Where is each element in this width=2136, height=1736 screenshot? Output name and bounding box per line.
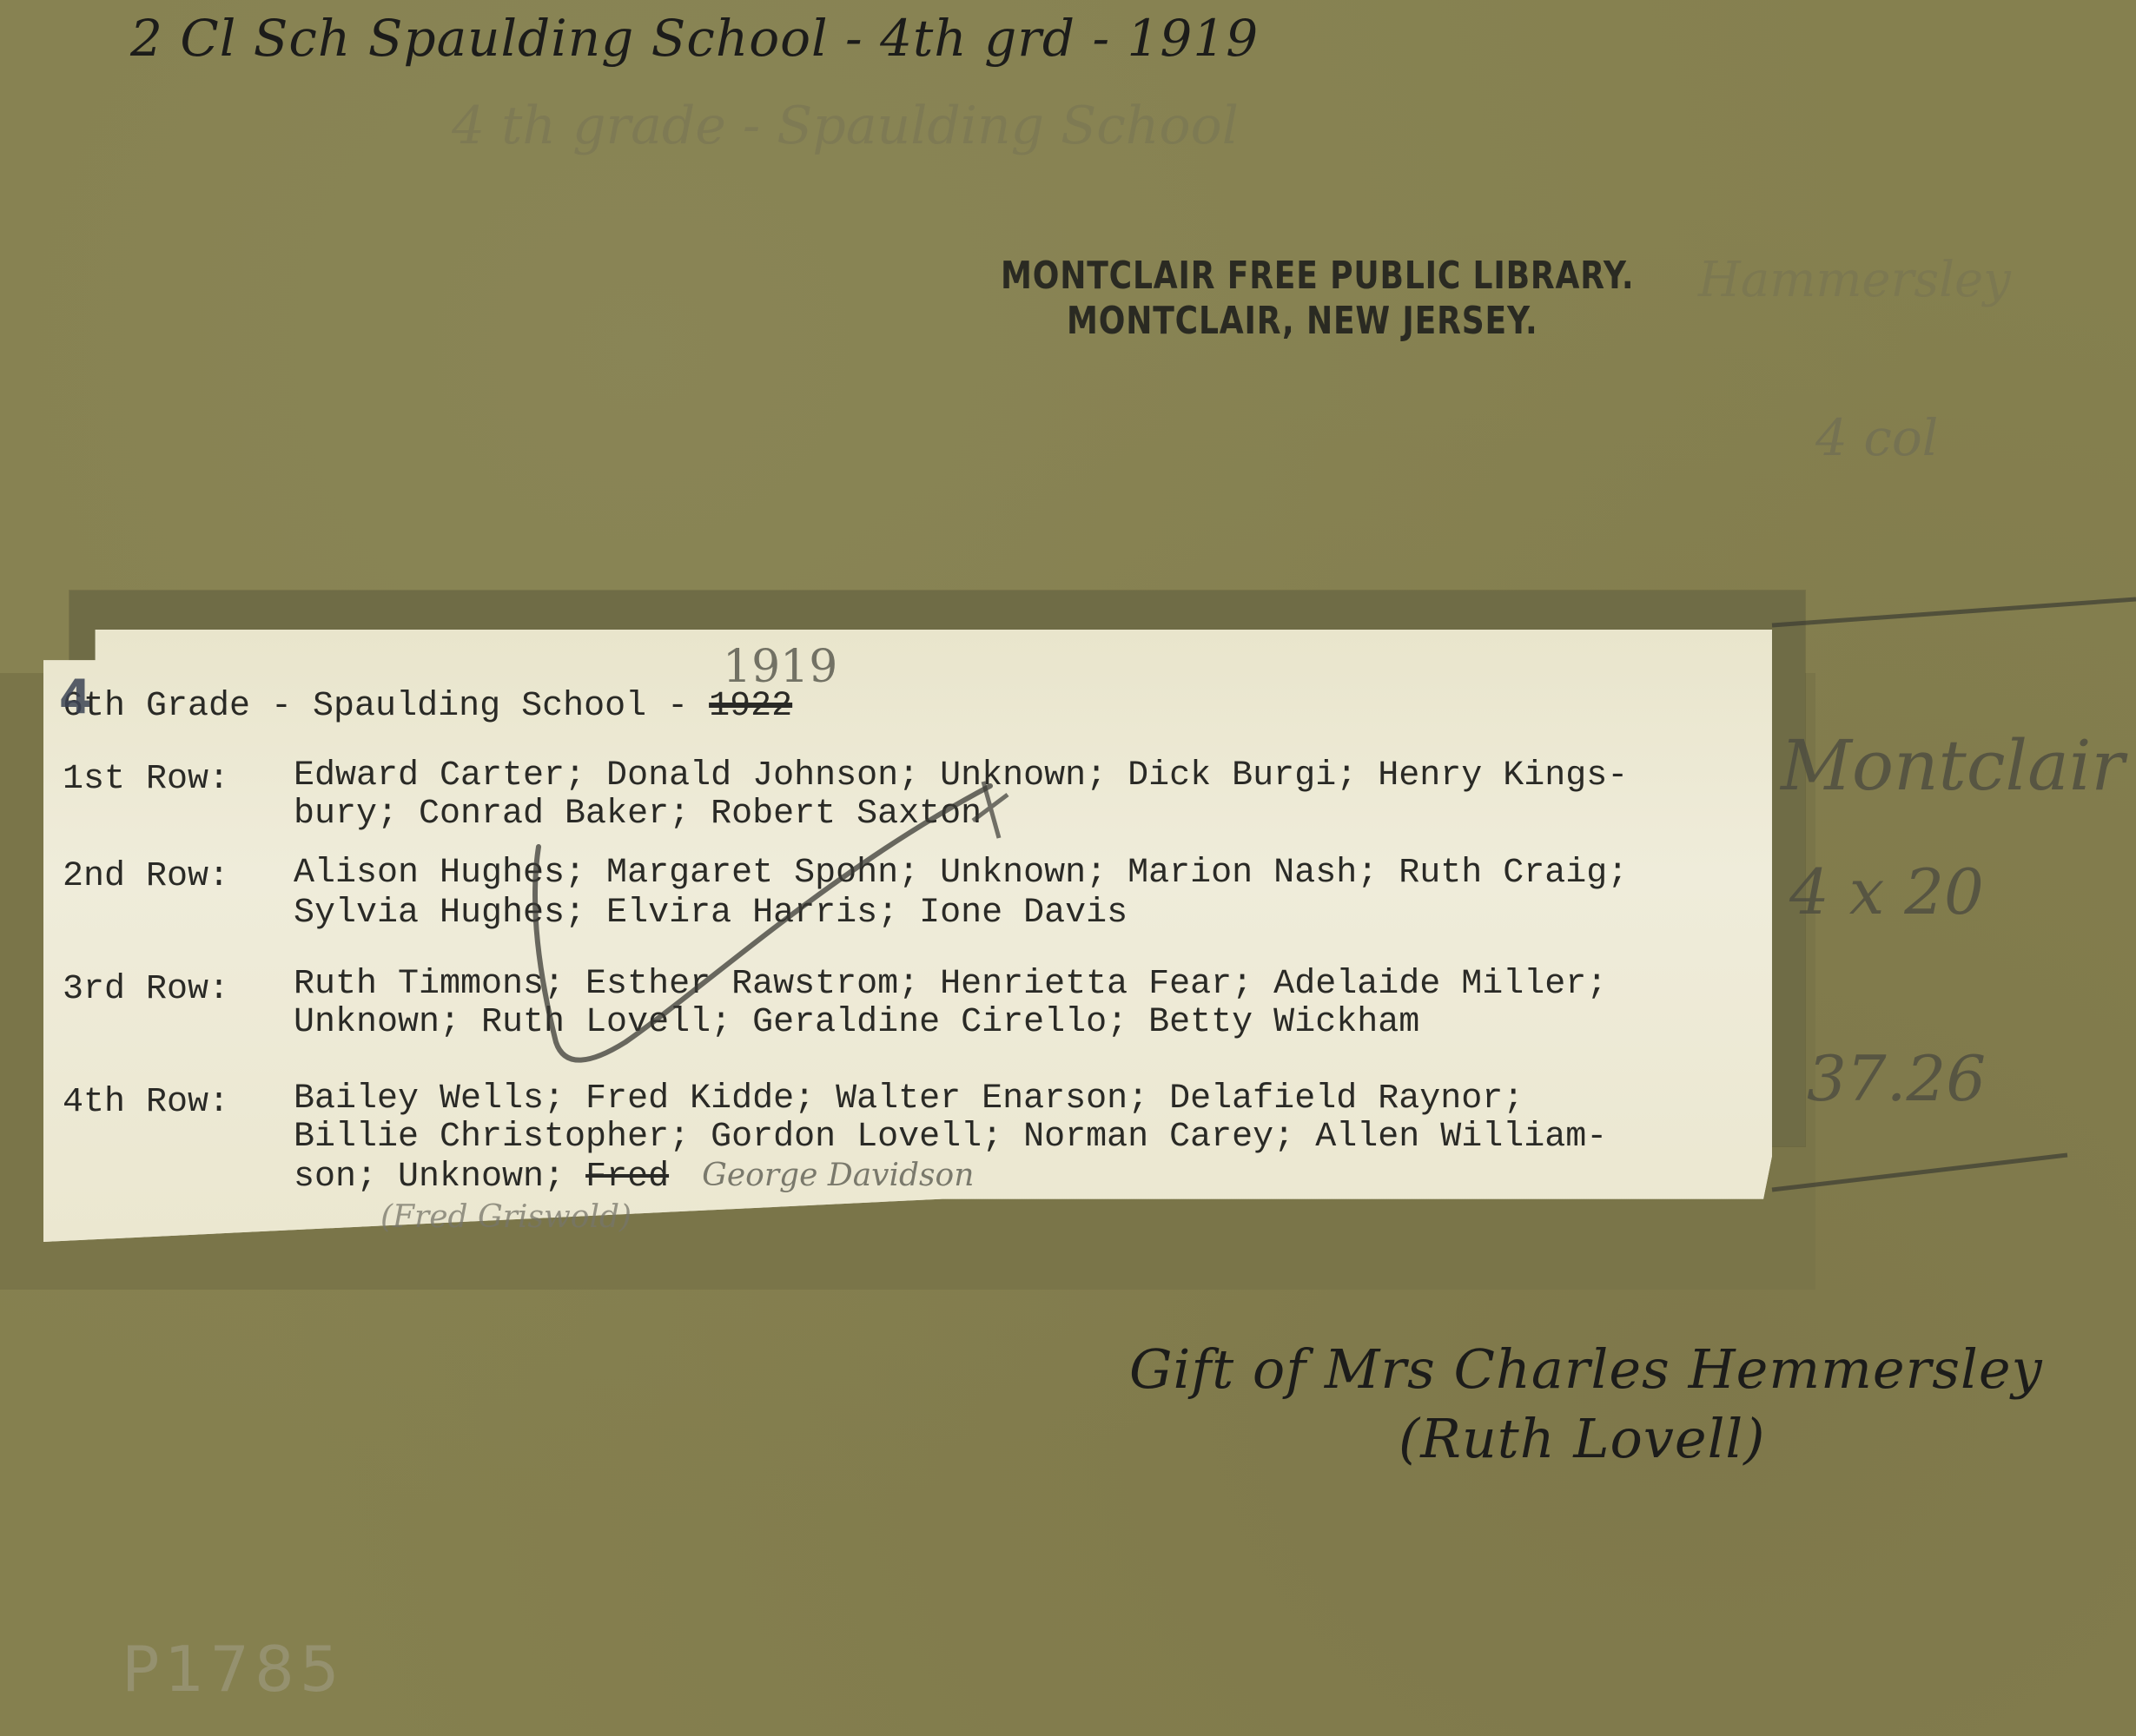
label-title: 4 6th Grade - Spaulding School - 1922 [63, 688, 792, 726]
gift-note-line2: (Ruth Lovell) [1399, 1407, 1765, 1470]
struck-name: Fred [585, 1158, 669, 1197]
pencil-name-note: Hammersley [1698, 252, 2011, 308]
gift-note-line1: Gift of Mrs Charles Hemmersley [1129, 1337, 2043, 1401]
library-stamp-line2: MONTCLAIR, NEW JERSEY. [1067, 299, 1538, 343]
title-struck-year: 1922 [709, 687, 792, 726]
pencil-heading: 4 th grade - Spaulding School [452, 96, 1239, 156]
row-line: Alison Hughes; Margaret Spohn; Unknown; … [294, 855, 1628, 893]
handwritten-note: (Fred Griswold) [380, 1198, 632, 1237]
title-prefix-corrected: 4 [59, 678, 92, 716]
pencil-montclair: Montclair [1781, 725, 2125, 806]
row-line: Ruth Timmons; Esther Rawstrom; Henrietta… [294, 966, 1607, 1004]
pencil-number: 37.26 [1807, 1042, 1986, 1115]
row-line: Unknown; Ruth Lovell; Geraldine Cirello;… [294, 1004, 1419, 1042]
row-line: Sylvia Hughes; Elvira Harris; Ione Davis [294, 894, 1128, 933]
pencil-dimensions: 4 x 20 [1789, 855, 1984, 928]
row-label: 2nd Row: [63, 858, 229, 896]
pencil-year: 1919 [723, 641, 837, 693]
row-line: Edward Carter; Donald Johnson; Unknown; … [294, 757, 1628, 795]
row-line: son; Unknown; Fred George Davidson [294, 1157, 974, 1197]
catalog-number: P1785 [122, 1633, 345, 1706]
ink-heading: 2 Cl Sch Spaulding School - 4th grd - 19… [130, 9, 1259, 68]
library-stamp-line1: MONTCLAIR FREE PUBLIC LIBRARY. [1001, 254, 1634, 298]
row-line: Bailey Wells; Fred Kidde; Walter Enarson… [294, 1080, 1524, 1119]
row-line-text: son; Unknown; [294, 1158, 585, 1197]
row-label: 4th Row: [63, 1084, 229, 1122]
row-line: bury; Conrad Baker; Robert Saxton [294, 795, 982, 834]
row-label: 3rd Row: [63, 971, 229, 1009]
row-label: 1st Row: [63, 761, 229, 799]
title-text: 6th Grade - Spaulding School - [63, 687, 709, 726]
pencil-size-note: 4 col [1815, 408, 1938, 467]
handwritten-correction: George Davidson [702, 1158, 974, 1193]
row-line: Billie Christopher; Gordon Lovell; Norma… [294, 1119, 1607, 1157]
